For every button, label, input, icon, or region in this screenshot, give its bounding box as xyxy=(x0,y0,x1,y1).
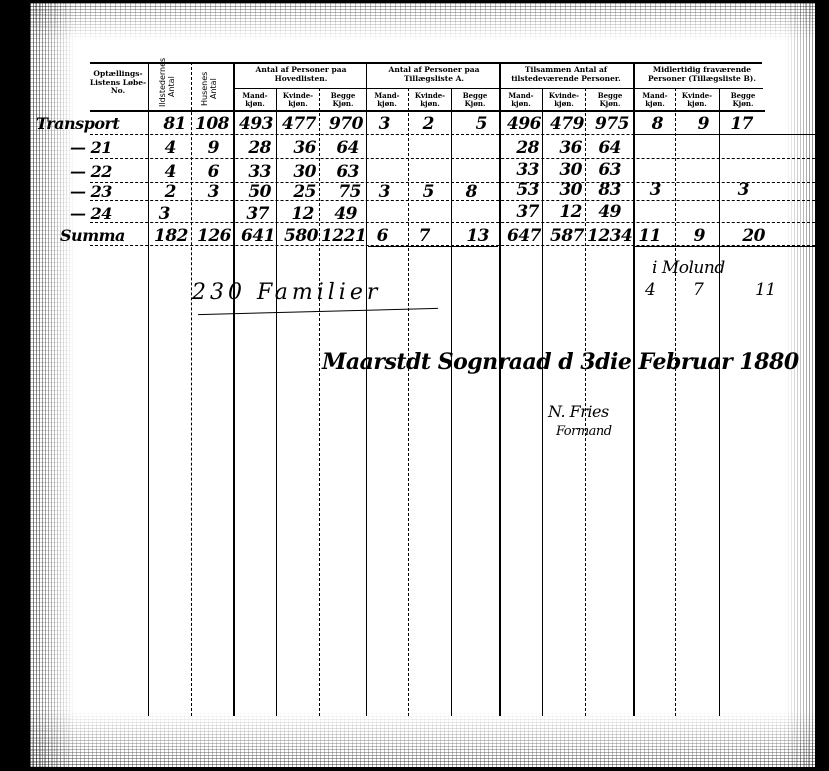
cell-a-male: 3 xyxy=(368,182,390,202)
cell-houses: 3 xyxy=(193,182,219,202)
subheader-main-both: Begge Kjøn. xyxy=(322,92,364,107)
row-label: — 24 xyxy=(70,204,146,224)
row-label: — 23 xyxy=(70,182,146,202)
cell-houses: 108 xyxy=(193,114,229,134)
header-subgroup-rule xyxy=(233,88,763,89)
cell-present-total: 64 xyxy=(587,138,621,158)
cell-a-total: 13 xyxy=(453,226,489,246)
scan-edge-bottom xyxy=(0,711,829,771)
cell-main-female: 12 xyxy=(278,204,314,224)
cell-main-total: 49 xyxy=(321,204,357,224)
cell-fireplaces: 182 xyxy=(150,226,188,246)
header-group-absent-b: Midlertidig fraværende Personer (Tillægs… xyxy=(637,66,767,83)
cell-main-total: 63 xyxy=(321,162,359,182)
cell-main-female: 477 xyxy=(278,114,316,134)
subheader-present-female: Kvinde-kjøn. xyxy=(544,92,584,107)
cell-fireplaces: 3 xyxy=(150,204,170,224)
molund-male: 4 xyxy=(645,280,665,300)
subheader-a-both: Begge Kjøn. xyxy=(453,92,497,107)
cell-main-male: 28 xyxy=(235,138,271,158)
cell-a-total: 5 xyxy=(453,114,487,134)
cell-houses: 9 xyxy=(193,138,219,158)
header-group-supplement-a: Antal af Personer paa Tillægsliste A. xyxy=(372,66,496,83)
cell-houses: 6 xyxy=(193,162,219,182)
cell-main-female: 580 xyxy=(278,226,318,246)
cell-a-male: 6 xyxy=(368,226,388,246)
cell-main-female: 36 xyxy=(278,138,316,158)
cell-absent-female: 9 xyxy=(677,114,709,134)
cell-present-female: 479 xyxy=(544,114,584,134)
molund-total: 11 xyxy=(755,280,779,300)
subheader-absent-female: Kvinde-kjøn. xyxy=(677,92,717,107)
header-houses: Husenes Antal xyxy=(200,70,218,108)
cell-main-total: 970 xyxy=(321,114,363,134)
cell-present-male: 53 xyxy=(501,180,539,200)
cell-main-female: 30 xyxy=(278,162,316,182)
rule-col-6 xyxy=(366,62,367,716)
cell-fireplaces: 81 xyxy=(150,114,186,134)
cell-fireplaces: 4 xyxy=(150,138,176,158)
cell-main-male: 493 xyxy=(235,114,273,134)
row-rule xyxy=(90,158,815,159)
cell-main-total: 1221 xyxy=(321,226,363,246)
subheader-main-female: Kvinde-kjøn. xyxy=(278,92,318,107)
cell-present-total: 975 xyxy=(587,114,629,134)
rule-col-12 xyxy=(633,62,635,716)
cell-main-male: 37 xyxy=(235,204,269,224)
cell-a-female: 5 xyxy=(410,182,434,202)
scan-border-right xyxy=(815,0,829,771)
cell-absent-male: 3 xyxy=(635,180,661,200)
row-rule xyxy=(90,222,815,223)
cell-absent-total: 3 xyxy=(721,180,749,200)
cell-main-total: 75 xyxy=(321,182,361,202)
underline xyxy=(635,246,815,247)
cell-absent-total: 20 xyxy=(721,226,765,246)
header-fireplaces: Ildstedernes Antal xyxy=(158,67,176,107)
cell-absent-male: 11 xyxy=(635,226,661,246)
rule-col-3 xyxy=(233,62,235,716)
cell-a-male: 3 xyxy=(368,114,390,134)
cell-present-male: 496 xyxy=(501,114,541,134)
cell-a-female: 2 xyxy=(410,114,434,134)
scan-border-bottom xyxy=(0,767,829,771)
cell-present-total: 1234 xyxy=(587,226,631,246)
subheader-absent-both: Begge Kjøn. xyxy=(721,92,765,107)
cell-main-female: 25 xyxy=(278,182,316,202)
cell-present-female: 30 xyxy=(544,180,582,200)
subheader-a-male: Mand-kjøn. xyxy=(368,92,406,107)
cell-present-male: 33 xyxy=(501,160,539,180)
cell-absent-total: 17 xyxy=(721,114,753,134)
cell-present-male: 37 xyxy=(501,202,539,222)
cell-present-female: 36 xyxy=(544,138,582,158)
molund-female: 7 xyxy=(693,280,713,300)
scan-border-left xyxy=(0,0,30,771)
cell-fireplaces: 2 xyxy=(150,182,176,202)
cell-fireplaces: 4 xyxy=(150,162,176,182)
cell-a-total: 8 xyxy=(453,182,477,202)
scan-border-top xyxy=(0,0,829,3)
cell-present-total: 63 xyxy=(587,160,621,180)
subheader-main-male: Mand-kjøn. xyxy=(236,92,274,107)
families-note: 230 Familier xyxy=(192,283,412,303)
cell-houses: 126 xyxy=(193,226,231,246)
cell-present-male: 647 xyxy=(501,226,541,246)
molund-label: i Molund xyxy=(652,258,772,278)
cell-main-male: 50 xyxy=(235,182,271,202)
cell-main-male: 641 xyxy=(235,226,275,246)
signature: N. Fries xyxy=(548,402,658,422)
cell-present-female: 30 xyxy=(544,160,582,180)
signature-title: Formand xyxy=(556,422,656,442)
cell-present-total: 49 xyxy=(587,202,621,222)
cell-present-total: 83 xyxy=(587,180,621,200)
cell-main-male: 33 xyxy=(235,162,271,182)
cell-absent-female: 9 xyxy=(677,226,705,246)
row-label: Summa xyxy=(60,226,146,246)
cell-a-female: 7 xyxy=(410,226,430,246)
subheader-present-male: Mand-kjøn. xyxy=(502,92,540,107)
cell-present-male: 28 xyxy=(501,138,539,158)
place-date-line: Maarstdt Sognraad d 3die Februar 1880 xyxy=(322,352,822,372)
header-list-number: Optællings-Listens Løbe-No. xyxy=(88,70,148,96)
underline xyxy=(635,134,815,135)
row-label: — 21 xyxy=(70,138,146,158)
header-group-present: Tilsammen Antal af tilstedeværende Perso… xyxy=(502,66,630,83)
cell-absent-male: 8 xyxy=(635,114,663,134)
rule-col-1 xyxy=(148,62,149,716)
rule-col-2 xyxy=(191,62,192,716)
cell-present-female: 587 xyxy=(544,226,584,246)
subheader-a-female: Kvinde-kjøn. xyxy=(410,92,450,107)
scan-edge-top xyxy=(0,0,829,40)
scan-edge-right xyxy=(785,0,815,771)
header-group-main-list: Antal af Personer paa Hovedlisten. xyxy=(240,66,362,83)
underline xyxy=(368,246,498,247)
row-label: Transport xyxy=(36,114,146,134)
subheader-absent-male: Mand-kjøn. xyxy=(636,92,674,107)
row-label: — 22 xyxy=(70,162,146,182)
cell-main-total: 64 xyxy=(321,138,359,158)
cell-present-female: 12 xyxy=(544,202,582,222)
subheader-present-both: Begge Kjøn. xyxy=(588,92,632,107)
